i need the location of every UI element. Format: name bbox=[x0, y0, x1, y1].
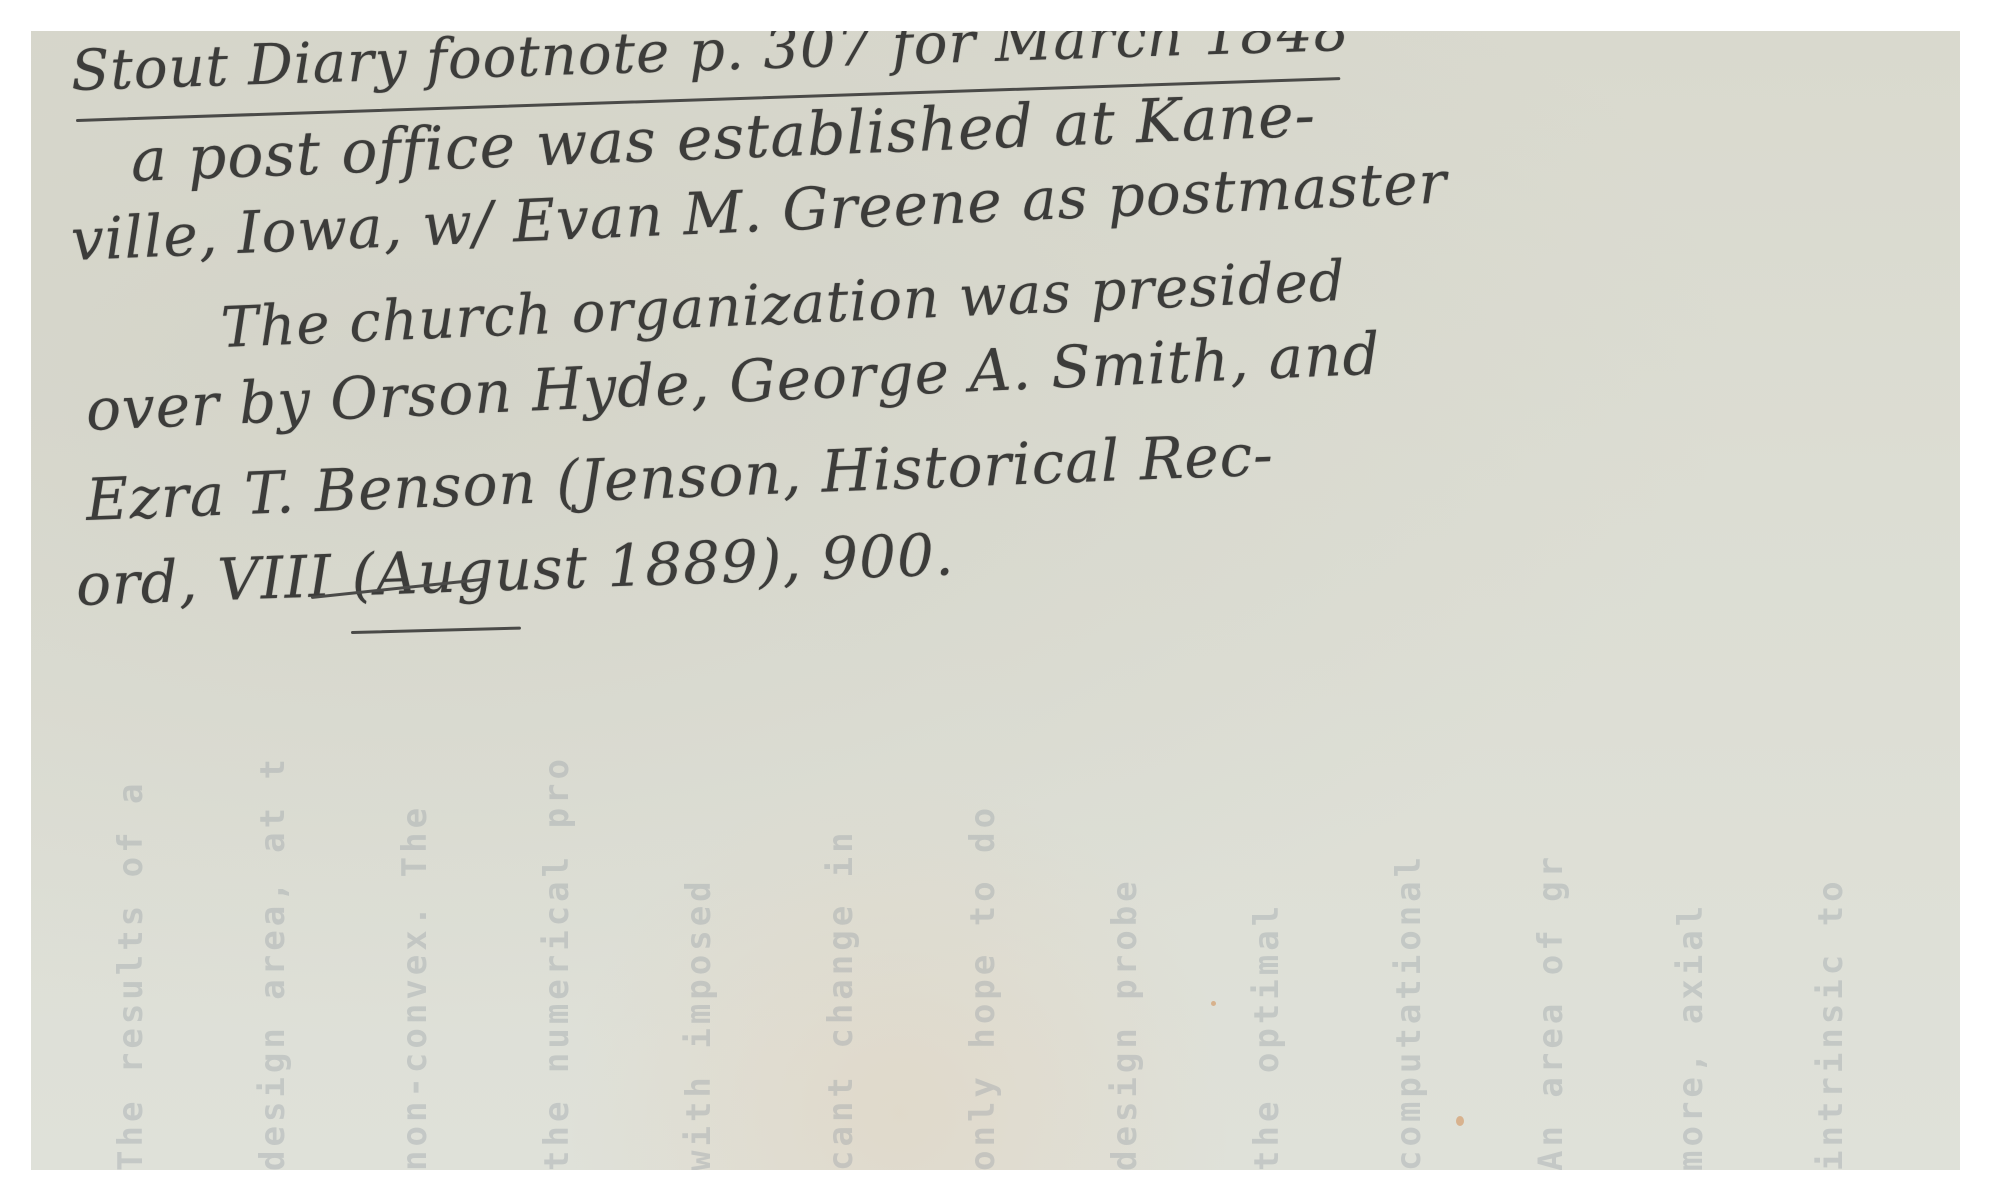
document-page: The results of a design area, at t non-c… bbox=[31, 31, 1960, 1170]
bleed-column: the optimal bbox=[1247, 591, 1287, 1170]
bleed-column: The results of a bbox=[111, 591, 151, 1170]
bleed-column: non-convex. The bbox=[395, 591, 435, 1170]
bleed-column: design probe bbox=[1105, 591, 1145, 1170]
bleed-column: with imposed bbox=[679, 591, 719, 1170]
bleed-through-text: The results of a design area, at t non-c… bbox=[31, 591, 1960, 1170]
bleed-column: the numerical pro bbox=[537, 591, 577, 1170]
bleed-column: more, axial bbox=[1671, 591, 1711, 1170]
bleed-column: An area of gr bbox=[1531, 591, 1571, 1170]
bleed-column: intrinsic to bbox=[1811, 591, 1851, 1170]
bleed-column: design area, at t bbox=[253, 591, 293, 1170]
bleed-column: cant change in bbox=[821, 591, 861, 1170]
stain-mark bbox=[1211, 1001, 1216, 1006]
bleed-column: only hope to do bbox=[963, 591, 1003, 1170]
stain-mark bbox=[1456, 1116, 1464, 1126]
bleed-column: computational bbox=[1389, 591, 1429, 1170]
handwritten-line-6: Ezra T. Benson (Jenson, Historical Rec- bbox=[85, 420, 1275, 534]
